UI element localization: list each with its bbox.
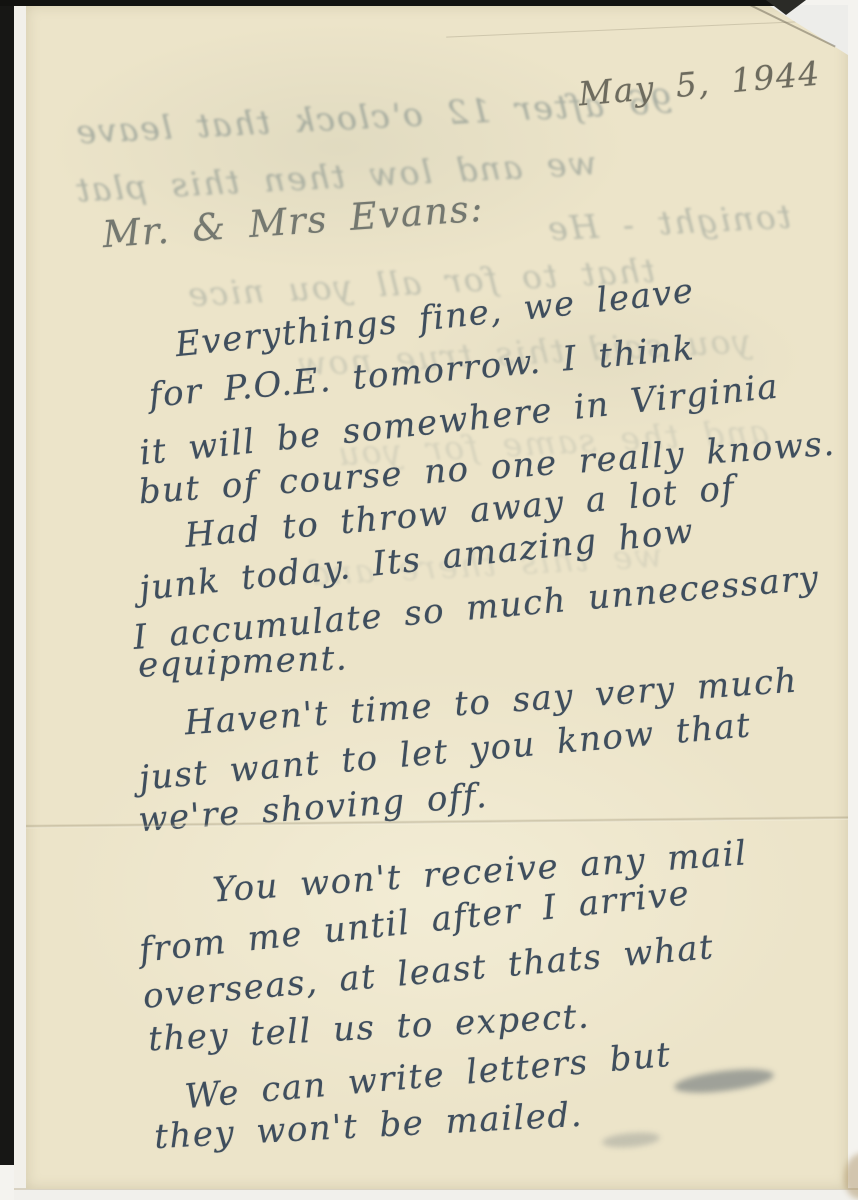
scan-edge-top bbox=[0, 0, 778, 6]
ink-smudge bbox=[673, 1065, 775, 1097]
ink-smudge bbox=[602, 1130, 661, 1149]
bleedthrough-line: tonight - He bbox=[545, 197, 792, 249]
handwritten-line: equipment. bbox=[137, 641, 348, 682]
scan-edge-notch bbox=[766, 0, 806, 15]
scanned-letter-page: 96 after 12 o'clock that leave we and lo… bbox=[0, 0, 858, 1200]
scan-edge-left bbox=[0, 0, 14, 1165]
scan-gap-right bbox=[848, 0, 858, 1200]
letter-date: May 5, 1944 bbox=[577, 56, 822, 110]
scan-gap-bottom bbox=[14, 1188, 858, 1200]
letter-paper: 96 after 12 o'clock that leave we and lo… bbox=[26, 5, 848, 1189]
top-crease bbox=[446, 21, 796, 37]
